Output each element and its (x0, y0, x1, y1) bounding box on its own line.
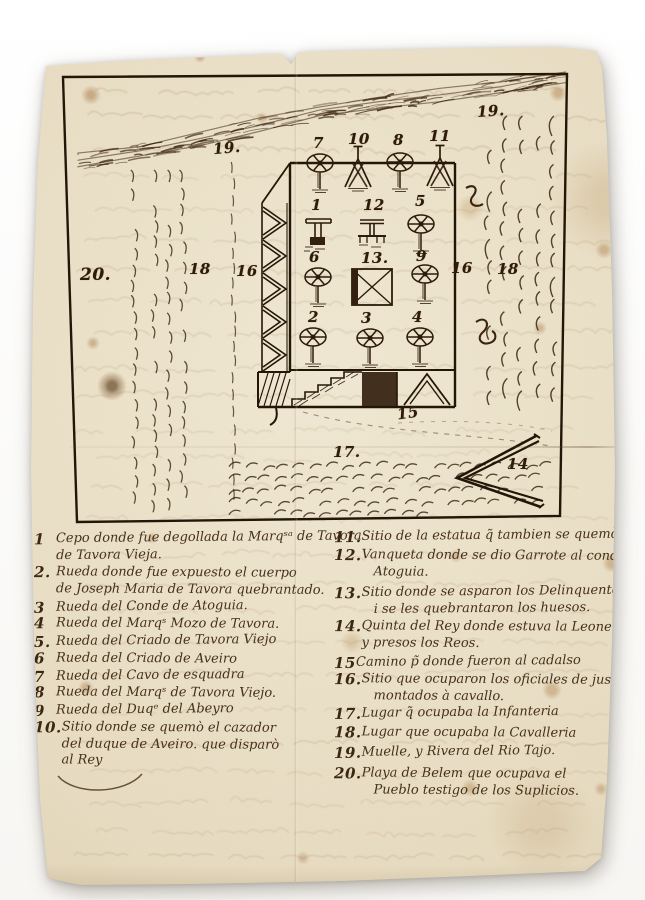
paper-shadow-wrap: 7 10 8 11 19. 19. 1 12 5 6 13. 9 2 3 4 2… (0, 0, 645, 900)
legend-item-12: 12. Vanqueta donde se dio Garrote al con… (334, 547, 642, 582)
manuscript-page: 7 10 8 11 19. 19. 1 12 5 6 13. 9 2 3 4 2… (0, 0, 645, 900)
legend-item-13: 13. Sitio donde se asparon los Delinquen… (334, 583, 631, 619)
legend-item-18: 18. Lugar que ocupaba la Cavalleria (334, 724, 576, 742)
legend-item-19: 19. Muelle, y Rivera del Rio Tajo. (334, 743, 555, 761)
legend-item-17: 17. Lugar q̃ ocupaba la Infanteria (334, 704, 559, 722)
horizontal-fold-crease (70, 446, 618, 448)
legend-item-2: 2. Rueda donde fue expuesto el cuerpo de… (34, 564, 325, 599)
legend: 1 Cepo donde fue degollada la Marqˢᵃ de … (0, 0, 645, 900)
legend-item-16: 16. Sitio que ocuparon los oficiales de … (334, 671, 640, 706)
legend-item-7: 7 Rueda del Cavo de esquadra (34, 667, 245, 685)
legend-item-1: 1 Cepo donde fue degollada la Marqˢᵃ de … (34, 529, 336, 565)
legend-item-8: 8 Rueda del Marqˢ de Tavora Viejo. (34, 684, 276, 702)
legend-item-4: 4 Rueda del Marqˢ Mozo de Tavora. (34, 615, 279, 633)
legend-item-11: 11. Sitio de la estatua q̃ tambien se qu… (334, 527, 623, 546)
legend-item-14: 14. Quinta del Rey donde estuva la Leone… (334, 618, 626, 653)
vertical-fold-crease (294, 48, 298, 882)
legend-item-3: 3 Rueda del Conde de Atoguia. (34, 598, 248, 616)
legend-item-15: 15 Camino p̃ donde fueron al cadalso (334, 653, 581, 672)
al-rey-flourish (50, 770, 210, 800)
legend-item-number: 1 (34, 531, 56, 548)
photo-background: 7 10 8 11 19. 19. 1 12 5 6 13. 9 2 3 4 2… (0, 0, 645, 900)
legend-item-9: 9 Rueda del Duqᵉ del Abeyro (34, 701, 234, 719)
legend-item-10: 10. Sitio donde se quemò el cazador del … (34, 719, 280, 770)
legend-item-20: 20. Playa de Belem que ocupava el Pueblo… (334, 765, 579, 799)
legend-item-5: 5. Rueda del Criado de Tavora Viejo (34, 632, 277, 651)
legend-item-6: 6 Rueda del Criado de Aveiro (34, 650, 237, 668)
